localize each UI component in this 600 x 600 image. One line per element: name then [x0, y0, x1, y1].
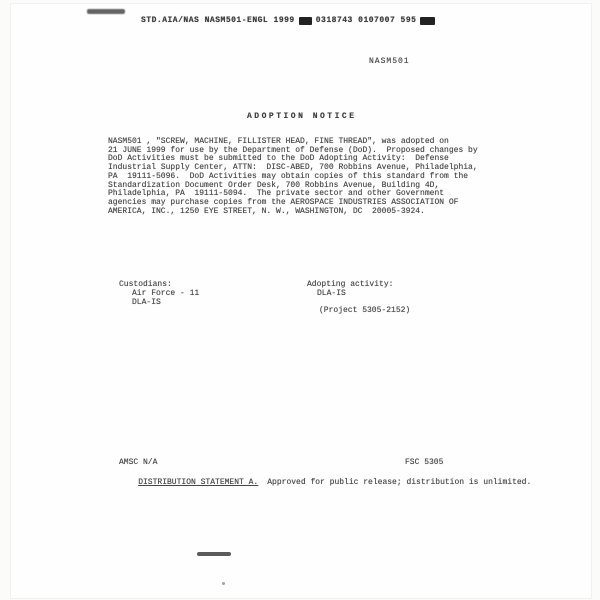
page-title: ADOPTION NOTICE	[247, 112, 357, 121]
document-number: NASM501	[369, 57, 410, 66]
distribution-statement-text: Approved for public release; distributio…	[267, 478, 531, 487]
fsc-code: FSC 5305	[405, 458, 443, 467]
custodians-block: Custodians: Air Force - 11 DLA-IS	[119, 281, 199, 307]
scan-code-text: 0318743 0107007 595	[316, 16, 417, 25]
adopting-activity-block: Adopting activity: DLA-IS (Project 5305-…	[307, 281, 410, 316]
distribution-statement-label: DISTRIBUTION STATEMENT A.	[138, 478, 258, 487]
adoption-notice-body: NASM501 , "SCREW, MACHINE, FILLISTER HEA…	[108, 138, 478, 216]
scanned-document-page: STD.AIA/NAS NASM501-ENGL 1999 0318743 01…	[10, 3, 592, 599]
distribution-statement: DISTRIBUTION STATEMENT A.Approved for pu…	[119, 469, 531, 496]
scan-artifact-bottom-dash	[197, 552, 231, 556]
body-line: AMERICA, INC., 1250 EYE STREET, N. W., W…	[108, 208, 478, 217]
project-number: (Project 5305-2152)	[307, 307, 410, 316]
adopting-activity-value: DLA-IS	[307, 290, 410, 299]
barcode-block-icon	[420, 17, 435, 25]
catalog-text: STD.AIA/NAS NASM501-ENGL 1999	[141, 16, 295, 25]
custodian-item: DLA-IS	[119, 299, 199, 308]
scan-artifact-top-smudge	[87, 9, 125, 14]
barcode-block-icon	[299, 17, 312, 25]
scan-artifact-speck	[222, 582, 225, 585]
amsc-code: AMSC N/A	[119, 458, 157, 467]
document-catalog-header: STD.AIA/NAS NASM501-ENGL 1999 0318743 01…	[141, 16, 435, 25]
